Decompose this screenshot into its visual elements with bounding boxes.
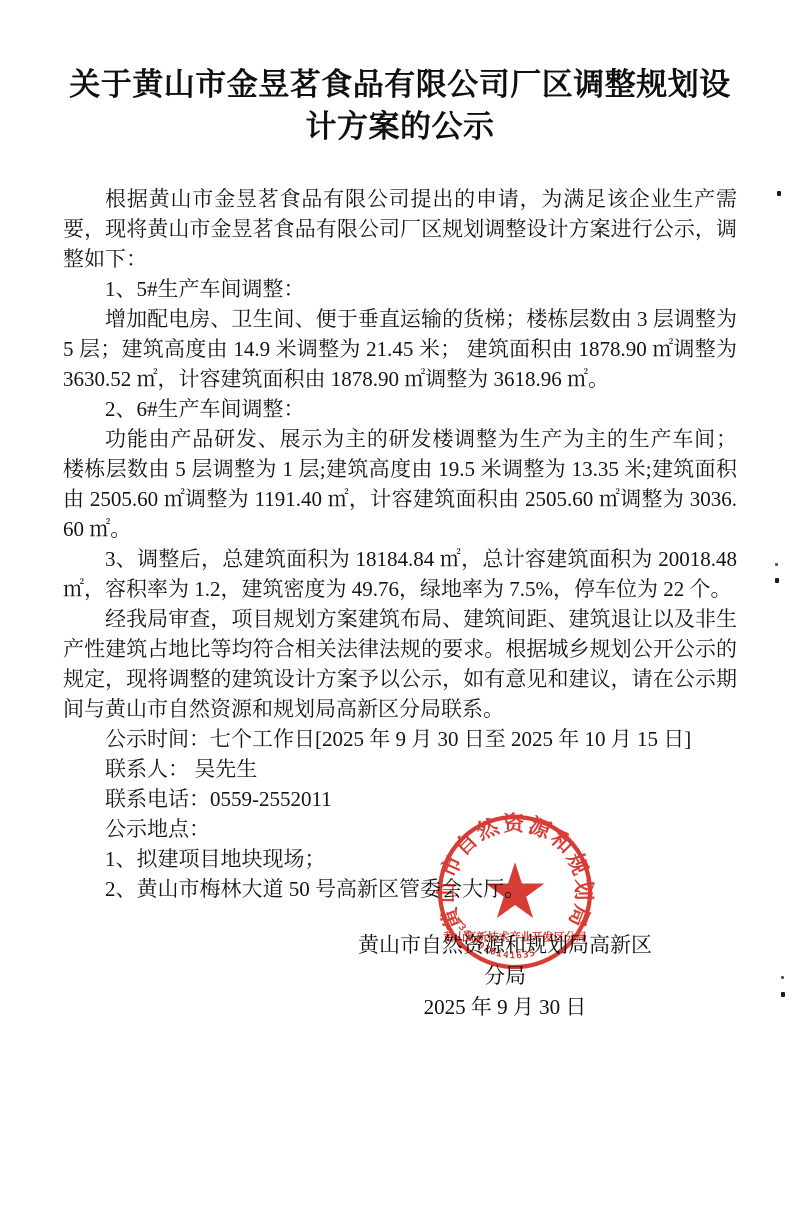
document-page: 关于黄山市金昱茗食品有限公司厂区调整规划设计方案的公示 根据黄山市金昱茗食品有限…: [0, 0, 800, 1231]
scan-artifact-dot: [775, 578, 779, 583]
paragraph-location-2: 2、黄山市梅林大道 50 号高新区管委会大厅。: [63, 874, 737, 904]
scan-artifact-dot: [781, 992, 785, 997]
page-title: 关于黄山市金昱茗食品有限公司厂区调整规划设计方案的公示: [63, 64, 737, 148]
paragraph-item1-heading: 1、5#生产车间调整：: [63, 274, 737, 304]
paragraph-item2-detail: 功能由产品研发、展示为主的研发楼调整为生产为主的生产车间； 楼栋层数由 5 层调…: [63, 424, 737, 544]
paragraph-contact-phone: 联系电话：0559-2552011: [63, 784, 737, 814]
signature-block: 黄山市自然资源和规划局高新区分局 2025 年 9 月 30 日: [355, 930, 655, 1023]
paragraph-intro: 根据黄山市金昱茗食品有限公司提出的申请，为满足该企业生产需要，现将黄山市金昱茗食…: [63, 184, 737, 274]
scan-artifact-dot: [777, 191, 781, 196]
paragraph-contact-person: 联系人： 吴先生: [63, 754, 737, 784]
paragraph-location-1: 1、拟建项目地块现场；: [63, 844, 737, 874]
scan-artifact-dot: [781, 976, 784, 979]
document-body: 根据黄山市金昱茗食品有限公司提出的申请，为满足该企业生产需要，现将黄山市金昱茗食…: [63, 184, 737, 904]
paragraph-item3-summary: 3、调整后，总建筑面积为 18184.84 ㎡，总计容建筑面积为 20018.4…: [63, 544, 737, 604]
signature-date: 2025 年 9 月 30 日: [355, 992, 655, 1023]
paragraph-notice-locations: 公示地点：: [63, 814, 737, 844]
scan-artifact-dot: [775, 563, 778, 566]
paragraph-review-statement: 经我局审查，项目规划方案建筑布局、建筑间距、建筑退让以及非生产性建筑占地比等均符…: [63, 604, 737, 724]
signature-organization: 黄山市自然资源和规划局高新区分局: [355, 930, 655, 992]
paragraph-item1-detail: 增加配电房、卫生间、便于垂直运输的货梯；楼栋层数由 3 层调整为 5 层；建筑高…: [63, 304, 737, 394]
paragraph-item2-heading: 2、6#生产车间调整：: [63, 394, 737, 424]
paragraph-notice-period: 公示时间：七个工作日[2025 年 9 月 30 日至 2025 年 10 月 …: [63, 724, 737, 754]
